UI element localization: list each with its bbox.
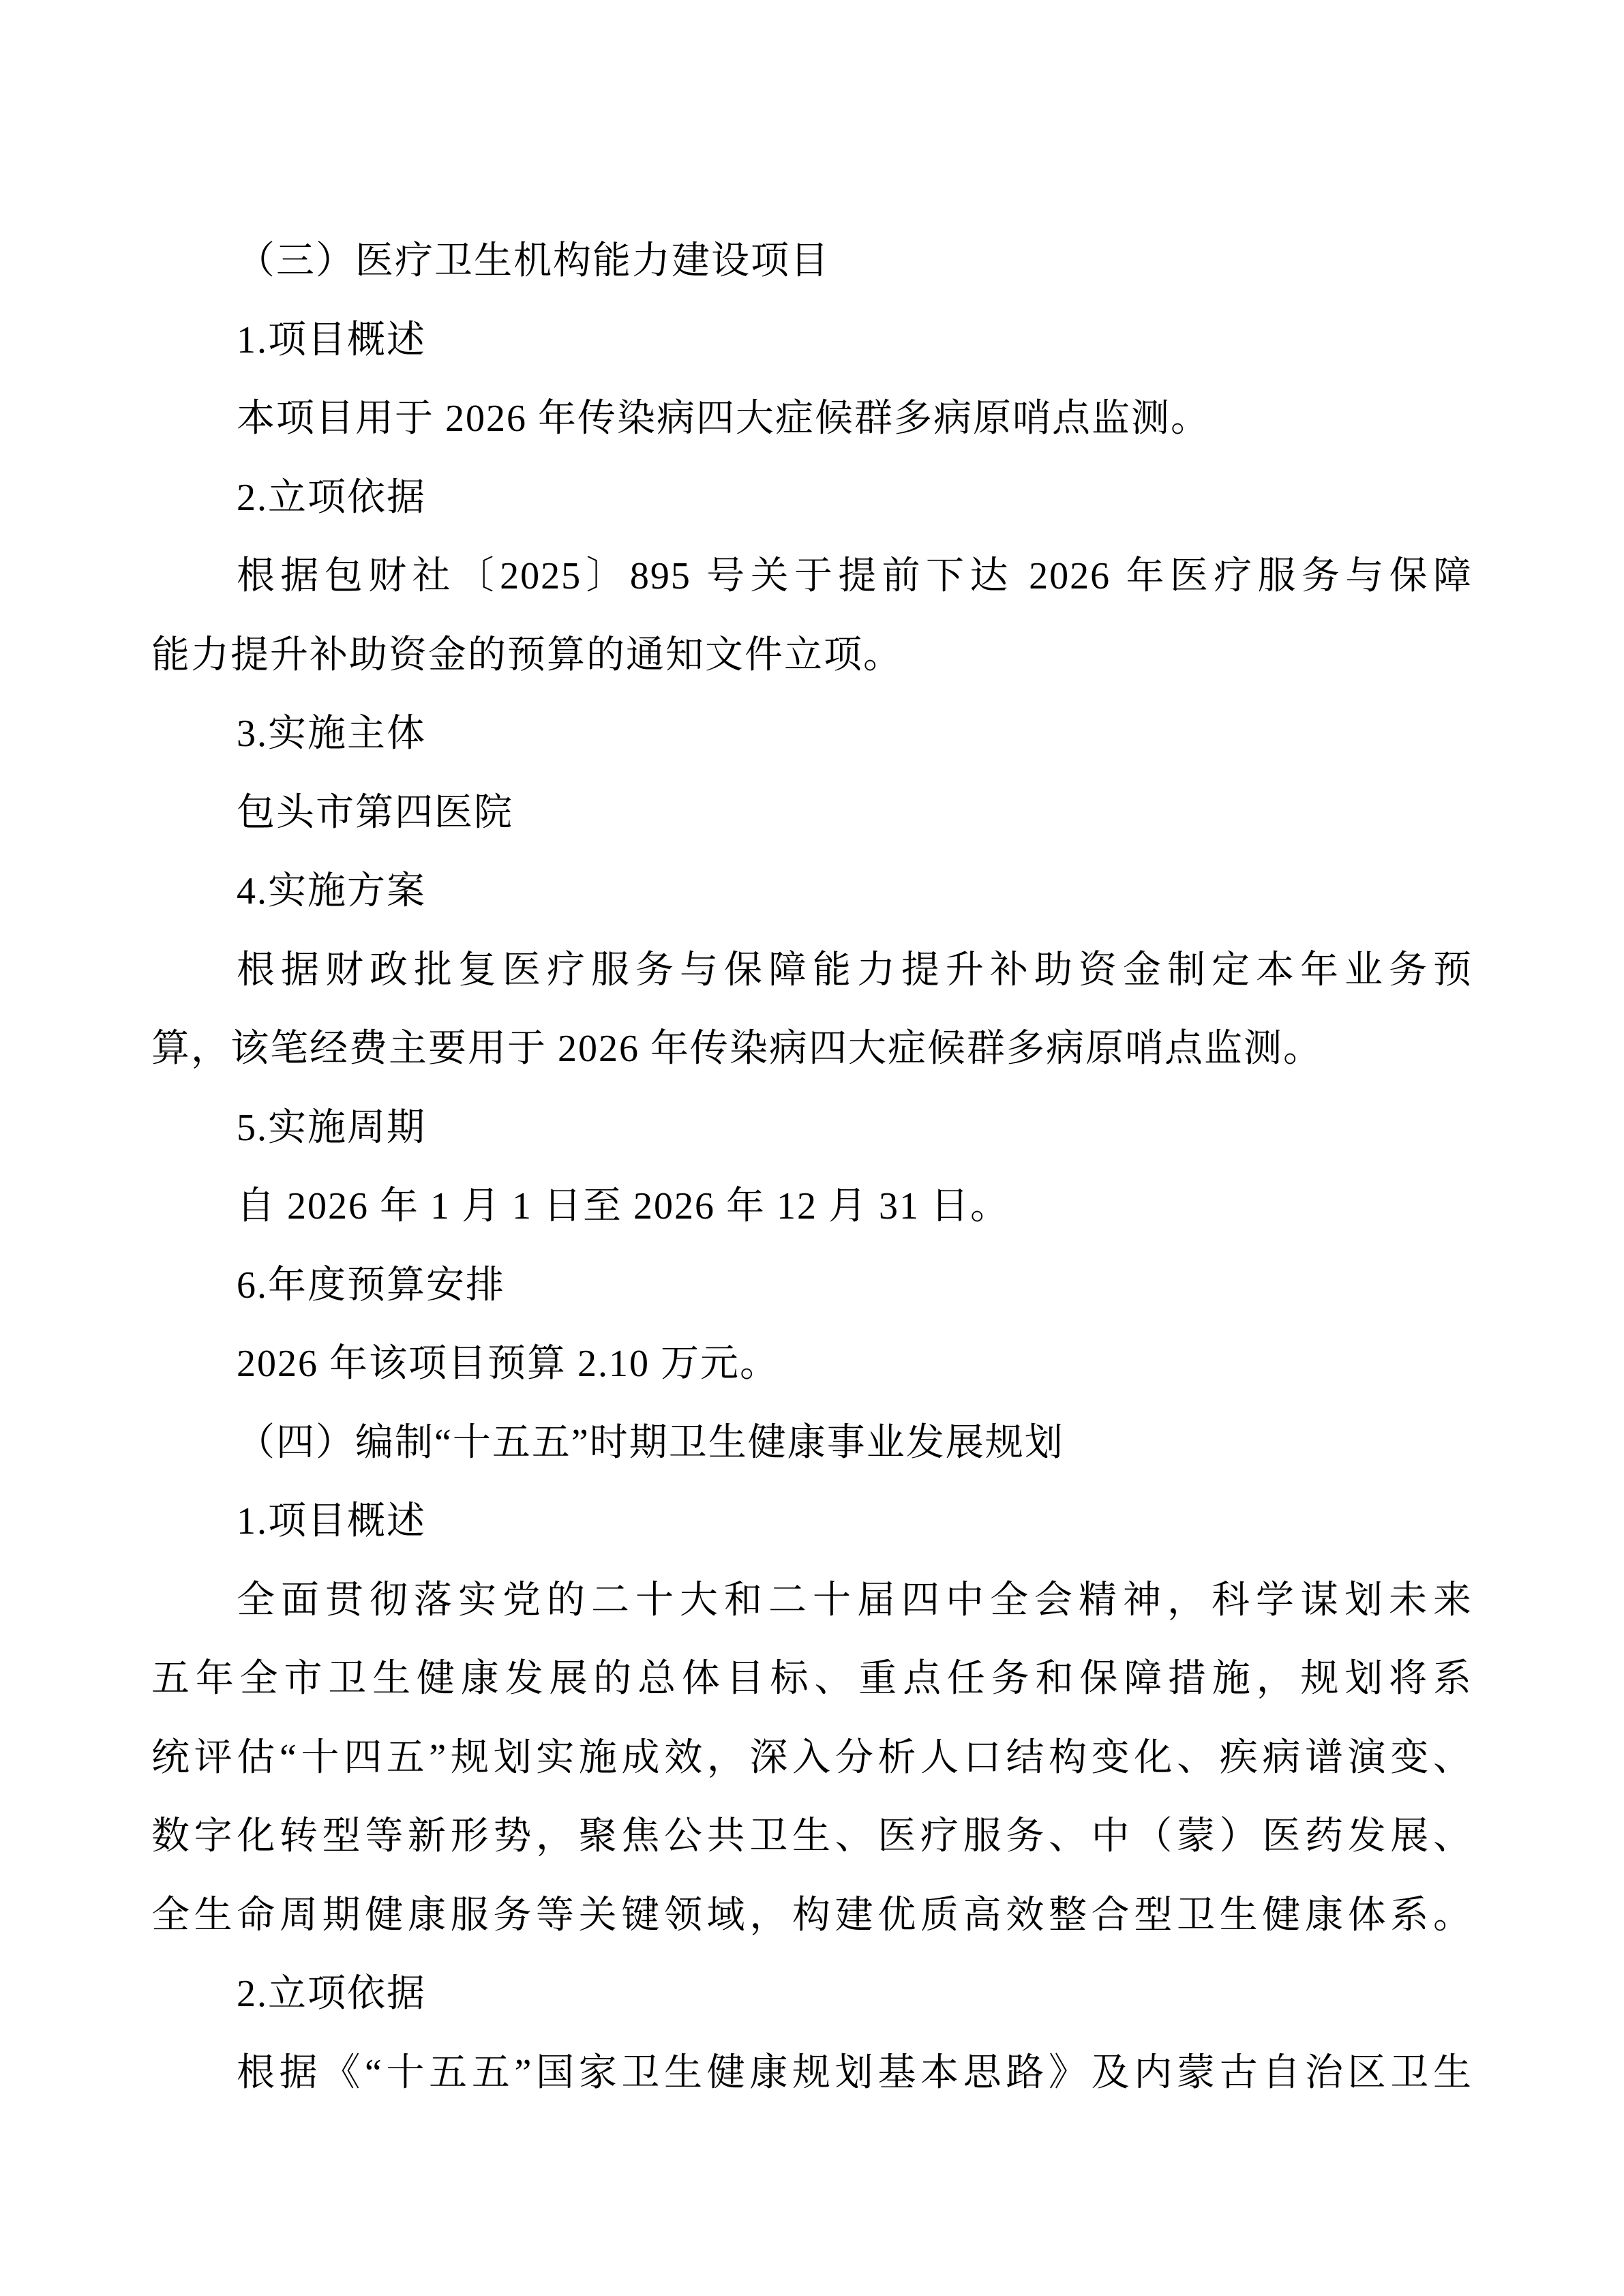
- document-line: 根据包财社〔2025〕895 号关于提前下达 2026 年医疗服务与保障: [151, 537, 1473, 616]
- document-line: 3.实施主体: [151, 695, 1473, 774]
- document-line: 五年全市卫生健康发展的总体目标、重点任务和保障措施，规划将系: [151, 1640, 1473, 1719]
- document-line: 2.立项依据: [151, 1955, 1473, 2034]
- document-line: （三）医疗卫生机构能力建设项目: [151, 222, 1473, 301]
- document-line: 能力提升补助资金的预算的通知文件立项。: [151, 616, 1473, 696]
- document-line: 根据《“十五五”国家卫生健康规划基本思路》及内蒙古自治区卫生: [151, 2034, 1473, 2113]
- document-page: （三）医疗卫生机构能力建设项目1.项目概述本项目用于 2026 年传染病四大症候…: [0, 0, 1624, 2296]
- document-line: 本项目用于 2026 年传染病四大症候群多病原哨点监测。: [151, 380, 1473, 459]
- document-line: 5.实施周期: [151, 1089, 1473, 1168]
- document-line: 全面贯彻落实党的二十大和二十届四中全会精神，科学谋划未来: [151, 1562, 1473, 1641]
- document-line: 包头市第四医院: [151, 774, 1473, 853]
- document-line: 数字化转型等新形势，聚焦公共卫生、医疗服务、中（蒙）医药发展、: [151, 1798, 1473, 1877]
- document-line: 自 2026 年 1 月 1 日至 2026 年 12 月 31 日。: [151, 1167, 1473, 1247]
- document-line: 2.立项依据: [151, 459, 1473, 538]
- document-line: 统评估“十四五”规划实施成效，深入分析人口结构变化、疾病谱演变、: [151, 1719, 1473, 1798]
- document-line: 1.项目概述: [151, 1482, 1473, 1562]
- document-line: （四）编制“十五五”时期卫生健康事业发展规划: [151, 1404, 1473, 1483]
- document-body: （三）医疗卫生机构能力建设项目1.项目概述本项目用于 2026 年传染病四大症候…: [151, 222, 1473, 2113]
- document-line: 1.项目概述: [151, 301, 1473, 381]
- document-line: 4.实施方案: [151, 852, 1473, 931]
- document-line: 全生命周期健康服务等关键领域，构建优质高效整合型卫生健康体系。: [151, 1877, 1473, 1956]
- document-line: 2026 年该项目预算 2.10 万元。: [151, 1325, 1473, 1404]
- document-line: 6.年度预算安排: [151, 1247, 1473, 1326]
- document-line: 根据财政批复医疗服务与保障能力提升补助资金制定本年业务预: [151, 931, 1473, 1011]
- document-line: 算，该笔经费主要用于 2026 年传染病四大症候群多病原哨点监测。: [151, 1010, 1473, 1089]
